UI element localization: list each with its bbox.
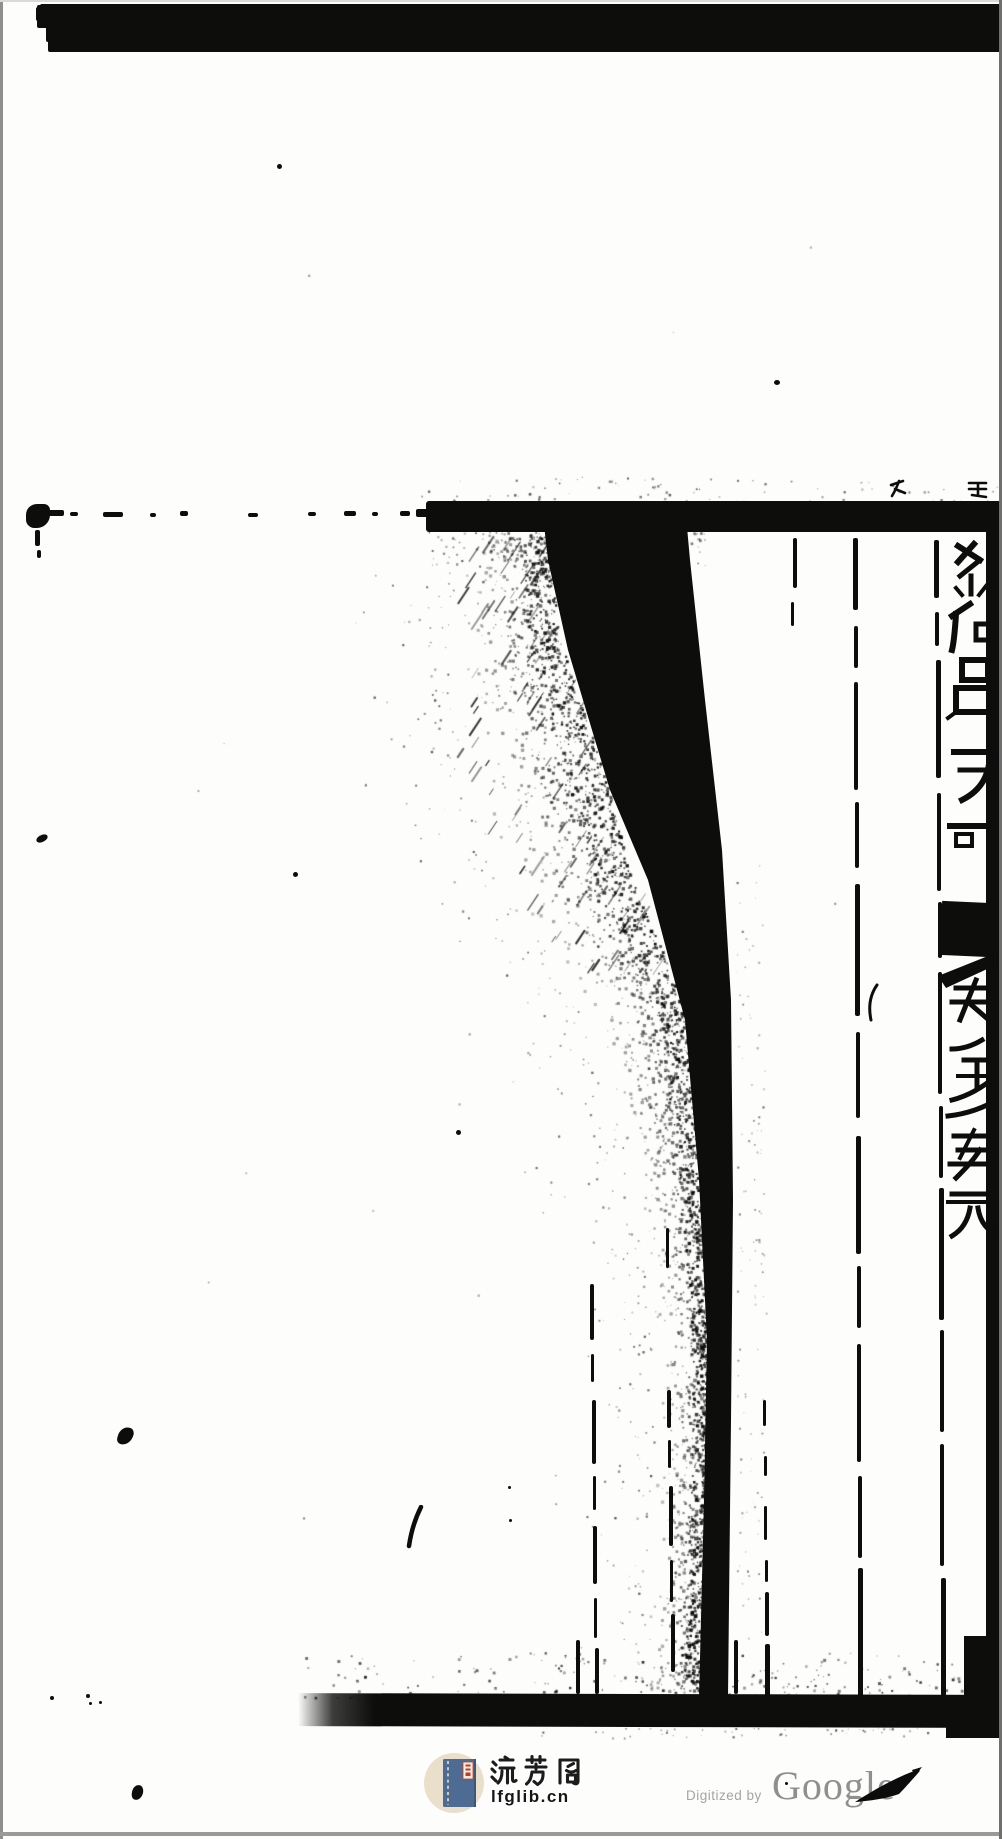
cjk-glyph-fragment — [944, 1186, 1002, 1240]
ink-wedge-mark — [848, 1764, 928, 1806]
lfglib-site-name-calligraphy — [490, 1752, 586, 1788]
scan-edge-bottom — [0, 1832, 1002, 1836]
digitized-by-label: Digitized by — [686, 1788, 762, 1803]
cjk-glyph-fragment — [944, 656, 1002, 720]
scanned-page: lfglib.cn Digitized by Google — [0, 0, 1002, 1839]
lfglib-badge-book-icon — [422, 1751, 486, 1815]
cjk-glyph-fragment — [944, 600, 1002, 654]
cjk-glyph-fragment — [944, 538, 1002, 600]
cjk-glyph-fragment — [944, 1034, 1002, 1124]
lfglib-watermark: lfglib.cn — [420, 1748, 680, 1818]
lfglib-url: lfglib.cn — [491, 1787, 570, 1807]
right-character-column — [0, 0, 1002, 1839]
cjk-glyph-fragment — [944, 1128, 1002, 1182]
cjk-glyph-fragment — [944, 818, 1002, 850]
ink-blot-slash — [936, 930, 1002, 990]
cjk-glyph-fragment — [944, 744, 1002, 804]
scan-edge-left — [0, 0, 3, 1839]
scan-edge-top — [0, 0, 1002, 2]
